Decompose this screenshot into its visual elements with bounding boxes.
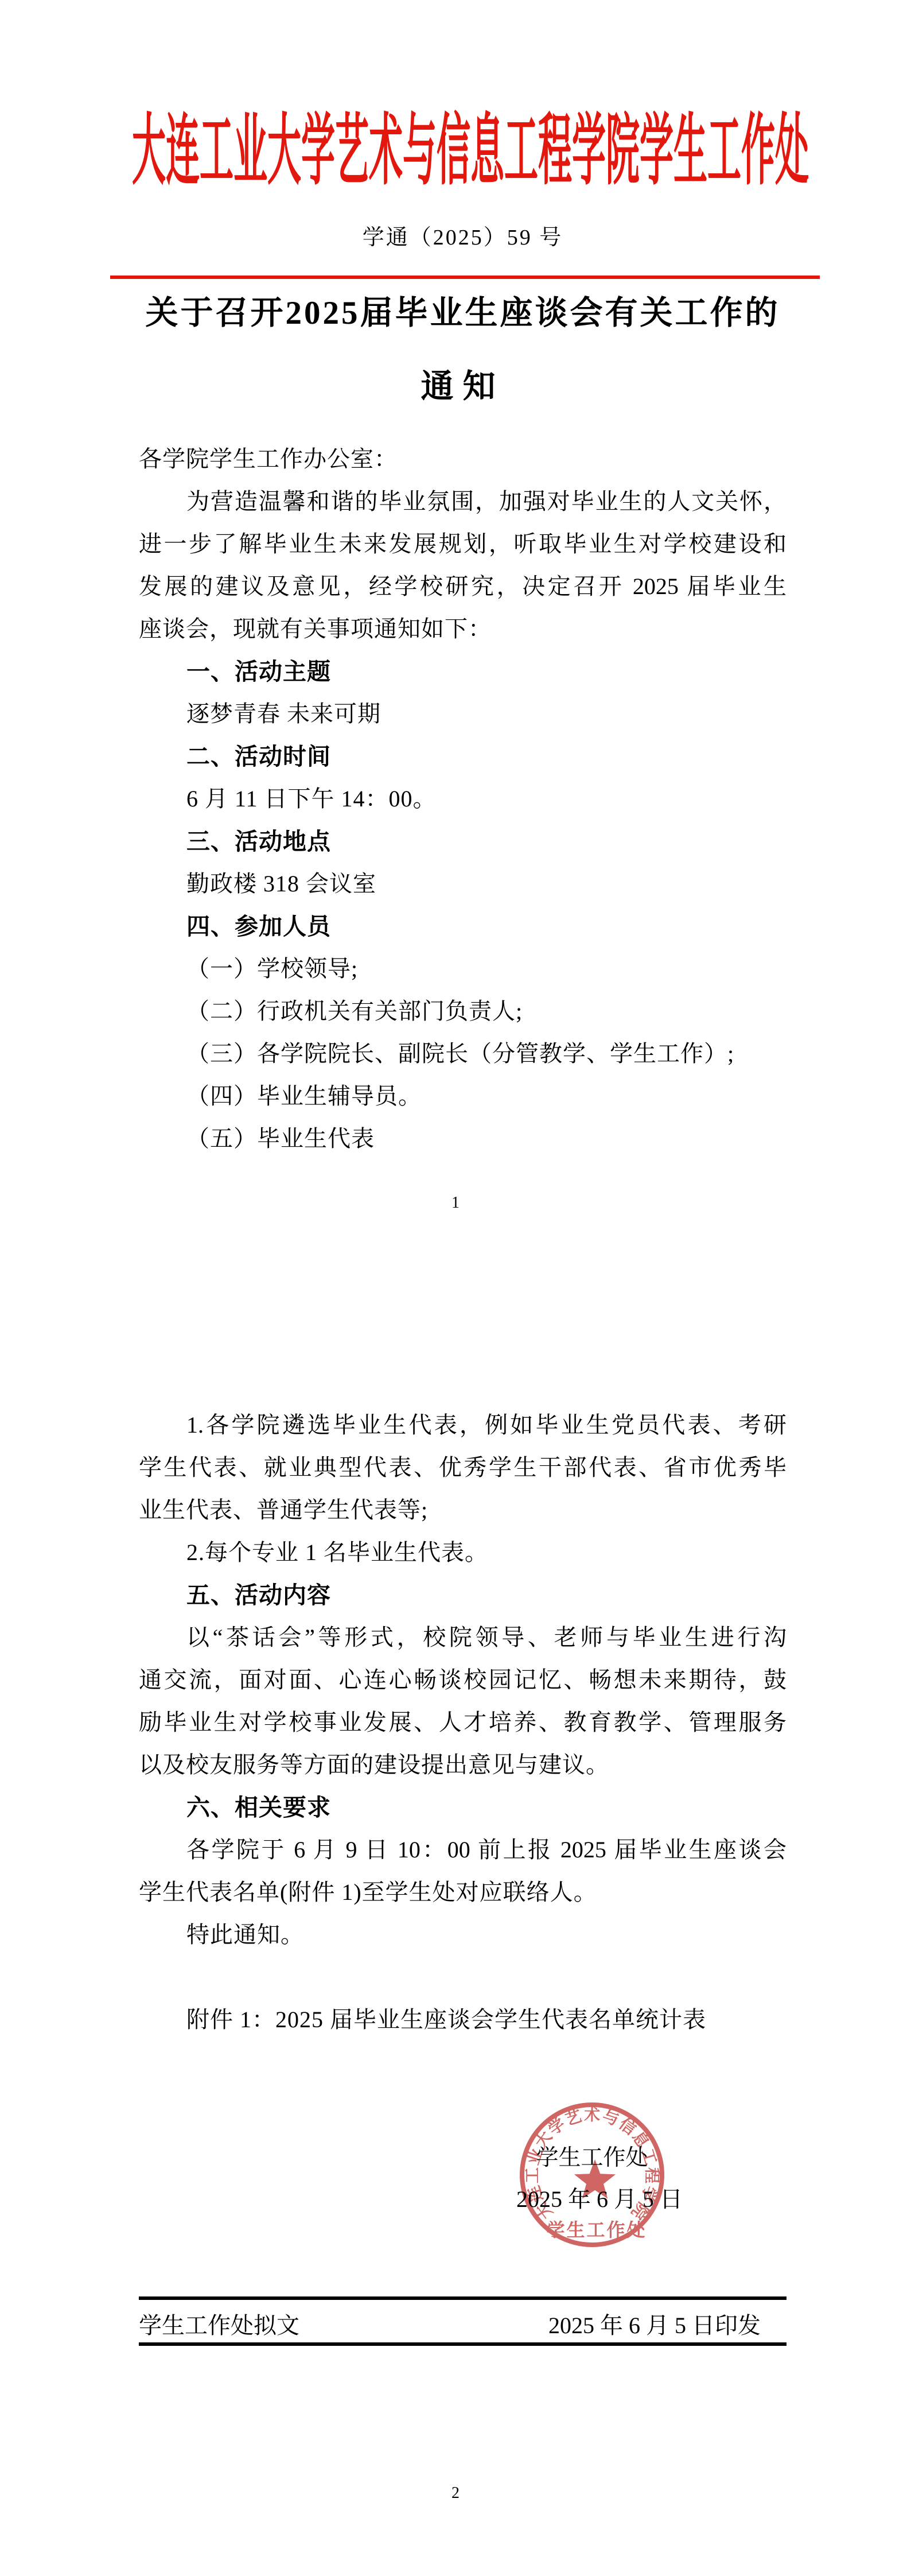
section-heading: 二、活动时间 (139, 735, 787, 778)
body-line: 逐梦青春 未来可期 (139, 693, 787, 735)
document-canvas: 大连工业大学艺术与信息工程学院学生工作处 学通（2025）59 号 关于召开20… (0, 0, 911, 2576)
body-line: 各学院于 6 月 9 日 10：00 前上报 2025 届毕业生座谈会 (139, 1829, 787, 1871)
body-line: 发展的建议及意见，经学校研究，决定召开 2025 届毕业生 (139, 565, 787, 608)
official-seal: 大连工业大学艺术与信息工程学院 学生工作处 (516, 2098, 668, 2250)
list-item: （五）毕业生代表 (139, 1118, 787, 1160)
body-line: 以“茶话会”等形式，校院领导、老师与毕业生进行沟 (139, 1616, 787, 1659)
body-line: 业生代表、普通学生代表等; (139, 1489, 787, 1531)
body-line: 以及校友服务等方面的建设提出意见与建议。 (139, 1744, 787, 1786)
footer-row: 学生工作处拟文 2025 年 6 月 5 日印发 (139, 2312, 787, 2340)
body-line: 座谈会，现就有关事项通知如下： (139, 608, 787, 650)
body-line: 学生代表、就业典型代表、优秀学生干部代表、省市优秀毕 (139, 1446, 787, 1489)
list-item: 1.各学院遴选毕业生代表，例如毕业生党员代表、考研 (139, 1404, 787, 1446)
list-item: （四）毕业生辅导员。 (139, 1075, 787, 1118)
body-line: 特此通知。 (139, 1914, 787, 1956)
letterhead: 大连工业大学艺术与信息工程学院学生工作处 (132, 112, 780, 196)
footer-rule-bottom (139, 2342, 787, 2346)
document-number: 学通（2025）59 号 (139, 219, 787, 251)
body-line: 进一步了解毕业生未来发展规划，听取毕业生对学校建设和 (139, 523, 787, 565)
section-heading: 三、活动地点 (139, 820, 787, 863)
issuer-title: 大连工业大学艺术与信息工程学院学生工作处 (132, 112, 809, 191)
seal-bottom-text: 学生工作处 (546, 2220, 647, 2240)
body-line: 励毕业生对学校事业发展、人才培养、教育教学、管理服务 (139, 1701, 787, 1744)
list-item: （二）行政机关有关部门负责人; (139, 990, 787, 1033)
page2-body: 1.各学院遴选毕业生代表，例如毕业生党员代表、考研 学生代表、就业典型代表、优秀… (139, 1404, 787, 2041)
attachment-line: 附件 1：2025 届毕业生座谈会学生代表名单统计表 (139, 1999, 787, 2041)
body-line: 学生代表名单(附件 1)至学生处对应联络人。 (139, 1871, 787, 1914)
salutation-line: 各学院学生工作办公室： (139, 438, 787, 480)
body-line: 为营造温馨和谐的毕业氛围，加强对毕业生的人文关怀， (139, 480, 787, 523)
page1-body: 各学院学生工作办公室： 为营造温馨和谐的毕业氛围，加强对毕业生的人文关怀， 进一… (139, 438, 787, 1160)
list-item: （一）学校领导; (139, 948, 787, 990)
list-item: 2.每个专业 1 名毕业生代表。 (139, 1531, 787, 1574)
page-number-1: 1 (0, 1194, 911, 1212)
document-title-line2: 通知 (139, 367, 787, 406)
page-number-2: 2 (0, 2484, 911, 2503)
footer-print-date: 2025 年 6 月 5 日印发 (548, 2312, 787, 2340)
footer-drafter: 学生工作处拟文 (139, 2312, 299, 2340)
body-line: 通交流，面对面、心连心畅谈校园记忆、畅想未来期待，鼓 (139, 1659, 787, 1701)
red-separator-line (110, 276, 820, 279)
section-heading: 一、活动主题 (139, 650, 787, 693)
footer-rule-top (139, 2296, 787, 2300)
body-line: 勤政楼 318 会议室 (139, 863, 787, 905)
star-icon (574, 2159, 616, 2199)
section-heading: 五、活动内容 (139, 1574, 787, 1616)
body-line: 6 月 11 日下午 14：00。 (139, 778, 787, 820)
list-item: （三）各学院院长、副院长（分管教学、学生工作）; (139, 1033, 787, 1075)
blank-line (139, 1956, 787, 1999)
document-title-line1: 关于召开2025届毕业生座谈会有关工作的 (139, 294, 787, 333)
section-heading: 四、参加人员 (139, 905, 787, 948)
section-heading: 六、相关要求 (139, 1786, 787, 1829)
